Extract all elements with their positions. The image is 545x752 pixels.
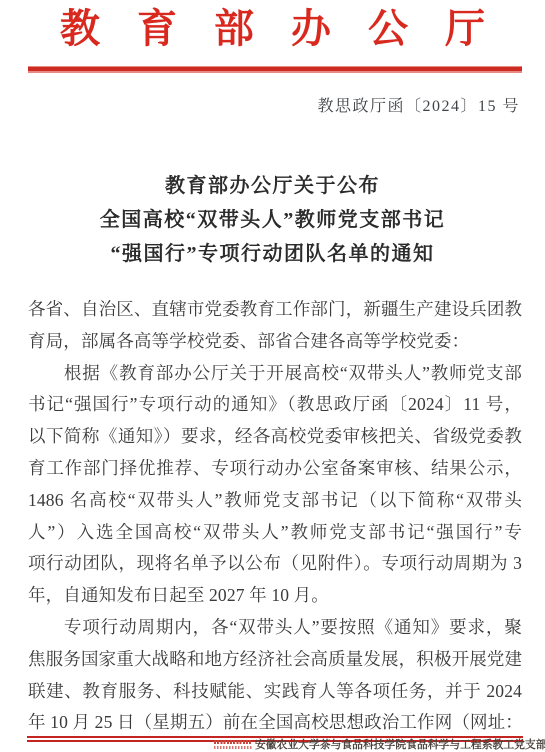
- body-text-line: 各省、自治区、直辖市党委教育工作部门，新疆生产建设兵团教: [28, 294, 522, 326]
- document-title: 教育部办公厅关于公布 全国高校“双带头人”教师党支部书记 “强国行”专项行动团队…: [0, 169, 545, 271]
- body-paragraph-recipients: 各省、自治区、直辖市党委教育工作部门，新疆生产建设兵团教 育局，部属各高等学校党…: [28, 294, 522, 358]
- document-title-line: 教育部办公厅关于公布: [0, 169, 545, 203]
- body-text-line: 联建、教育服务、科技赋能、实践育人等各项任务，并于 2024: [28, 676, 522, 708]
- body-text-line: 以下简称《通知》）要求，经各高校党委审核把关、省级党委教: [28, 421, 522, 453]
- document-page: 教育部办公厅 教思政厅函〔2024〕15 号 教育部办公厅关于公布 全国高校“双…: [0, 0, 545, 752]
- body-text-line: 根据《教育部办公厅关于开展高校“双带头人”教师党支部: [28, 358, 522, 390]
- body-text-line: 年 10 月 25 日（星期五）前在全国高校思想政治工作网（网址：: [28, 707, 522, 739]
- body-paragraph-requirements: 专项行动周期内，各“双带头人”要按照《通知》要求，聚 焦服务国家重大战略和地方经…: [28, 612, 522, 739]
- footer-stamp: 安徽农业大学茶与食品科技学院食品科学与工程系教工党支部: [214, 739, 545, 752]
- document-title-line: “强国行”专项行动团队名单的通知: [0, 237, 545, 271]
- letterhead-double-rule: [28, 66, 522, 73]
- letterhead-title: 教育部办公厅: [0, 0, 545, 58]
- body-text-line: 项行动团队，现将名单予以公布（见附件）。专项行动周期为 3: [28, 548, 522, 580]
- body-text-line: 书记“强国行”专项行动的通知》（教思政厅函〔2024〕11 号，: [28, 389, 522, 421]
- body-text-line: 焦服务国家重大战略和地方经济社会高质量发展，积极开展党建: [28, 644, 522, 676]
- body-text-line: 育工作部门择优推荐、专项行动办公室备案审核、结果公示，: [28, 453, 522, 485]
- body-text-line: 育局，部属各高等学校党委、部省合建各高等学校党委：: [28, 326, 522, 358]
- body-text-line: 1486 名高校“双带头人”教师党支部书记（以下简称“双带头: [28, 485, 522, 517]
- mini-red-watermark-logo-icon: [214, 740, 252, 750]
- body-text-line: 年，自通知发布日起至 2027 年 10 月。: [28, 580, 522, 612]
- document-body: 各省、自治区、直辖市党委教育工作部门，新疆生产建设兵团教 育局，部属各高等学校党…: [28, 294, 522, 739]
- document-title-line: 全国高校“双带头人”教师党支部书记: [0, 203, 545, 237]
- body-paragraph-announcement: 根据《教育部办公厅关于开展高校“双带头人”教师党支部 书记“强国行”专项行动的通…: [28, 358, 522, 612]
- body-text-line: 人”）入选全国高校“双带头人”教师党支部书记“强国行”专: [28, 517, 522, 549]
- footer-stamp-text: 安徽农业大学茶与食品科技学院食品科学与工程系教工党支部: [255, 739, 545, 752]
- document-number: 教思政厅函〔2024〕15 号: [317, 93, 520, 116]
- body-text-line: 专项行动周期内，各“双带头人”要按照《通知》要求，聚: [28, 612, 522, 644]
